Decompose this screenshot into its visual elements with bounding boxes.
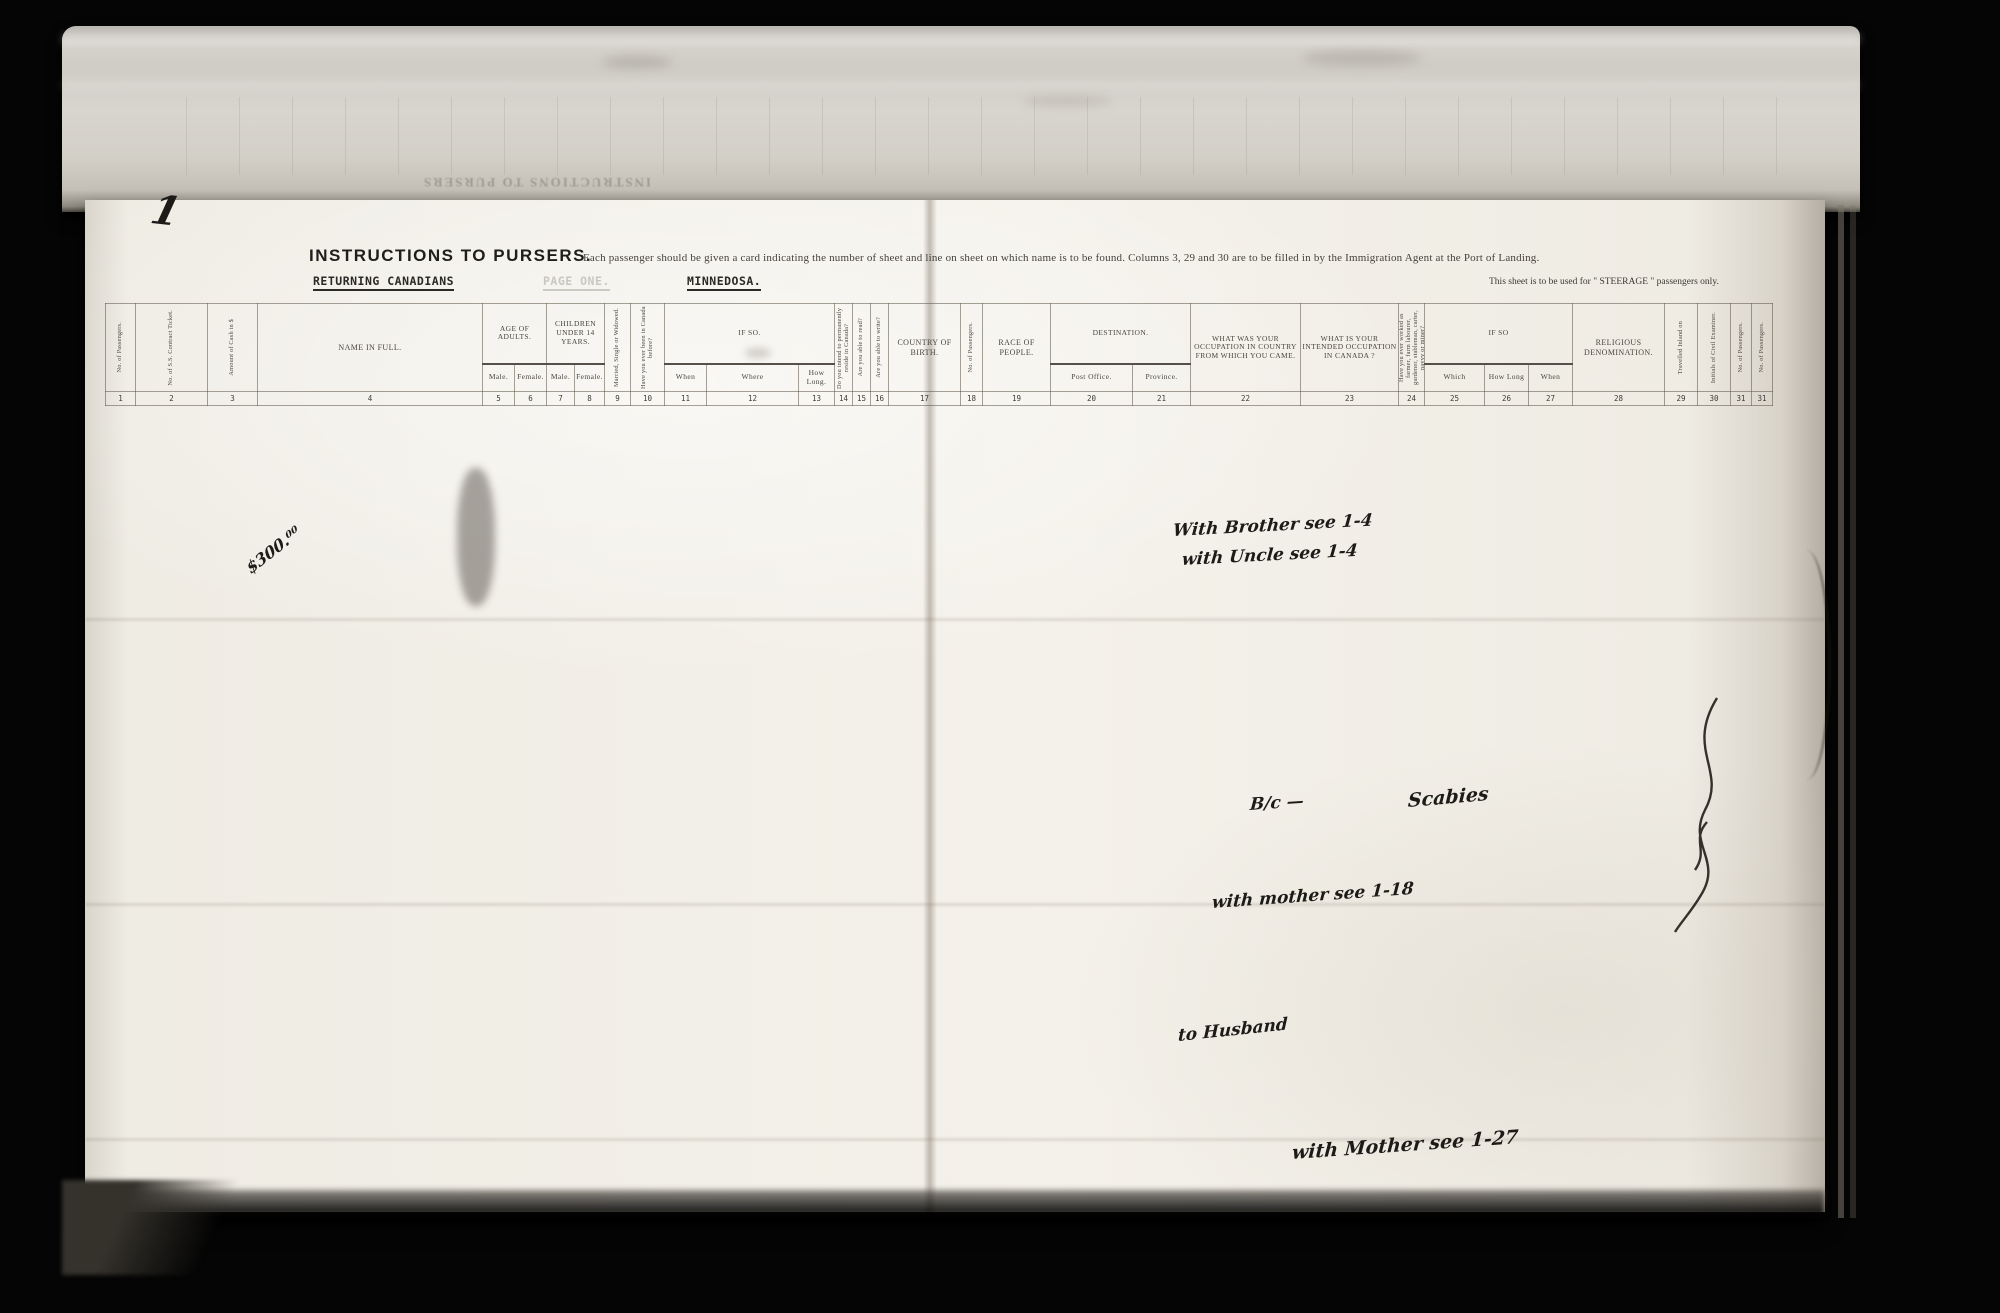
ink-stain xyxy=(457,468,495,606)
roll-highlight xyxy=(62,80,1860,90)
column-number: 16 xyxy=(871,392,889,406)
ghost-mirrored-title: INSTRUCTIONS TO PURSERS xyxy=(422,174,651,190)
roll-highlight xyxy=(62,34,1860,44)
bottom-corner-fold xyxy=(62,1180,272,1275)
column-number: 5 xyxy=(483,392,515,406)
col-passenger-no-r1: No. of Passengers. xyxy=(1738,322,1745,372)
col-passenger-no: No. of Passengers. xyxy=(117,322,124,372)
col-child-male: Male. xyxy=(547,364,575,392)
column-number: 13 xyxy=(799,392,835,406)
column-number: 29 xyxy=(1665,392,1698,406)
col-canada-before: Have you ever been in Canada before? xyxy=(641,306,655,390)
column-number: 31 xyxy=(1752,392,1773,406)
group-destination: DESTINATION. xyxy=(1051,304,1191,364)
passenger-manifest-table: No. of Passengers. No. of S.S. Contract … xyxy=(105,303,1773,406)
column-number: 22 xyxy=(1191,392,1301,406)
col-travelled-inland: Travelled Inland on xyxy=(1678,321,1685,374)
column-number: 3 xyxy=(208,392,258,406)
column-number: 1 xyxy=(106,392,136,406)
column-number: 12 xyxy=(707,392,799,406)
page-curl-mark xyxy=(1782,550,1831,780)
column-number: 17 xyxy=(889,392,961,406)
column-number: 6 xyxy=(515,392,547,406)
col-when-2: When xyxy=(1529,364,1573,392)
paper-crease xyxy=(85,1138,1825,1141)
returning-canadians-label: RETURNING CANADIANS xyxy=(313,274,454,291)
column-number: 9 xyxy=(605,392,631,406)
column-number: 14 xyxy=(835,392,853,406)
column-number: 7 xyxy=(547,392,575,406)
instructions-text: Each passenger should be given a card in… xyxy=(583,252,1539,264)
col-country-of-birth: COUNTRY OF BIRTH. xyxy=(889,304,961,392)
column-number: 23 xyxy=(1301,392,1399,406)
col-marital: Married, Single or Widowed. xyxy=(614,308,621,387)
column-number: 30 xyxy=(1698,392,1731,406)
col-worked-as: Have you ever worked as farmer, farm lab… xyxy=(1399,306,1425,390)
instructions-title: INSTRUCTIONS TO PURSERS. xyxy=(309,246,592,266)
group-age-of-adults: AGE OF ADULTS. xyxy=(483,304,547,364)
sheet-edge xyxy=(1850,205,1856,1218)
col-where-1: Where xyxy=(707,364,799,392)
col-cash: Amount of Cash in $ xyxy=(229,319,236,376)
scanned-manifest-page: INSTRUCTIONS TO PURSERS INSTRUCTIONS TO … xyxy=(0,0,2000,1313)
ghost-smudge xyxy=(602,56,672,68)
col-examiner-initials: Initials of Civil Examiner. xyxy=(1711,312,1718,383)
group-if-so-2: IF SO xyxy=(1425,304,1573,364)
group-children: CHILDREN UNDER 14 YEARS. xyxy=(547,304,605,364)
col-child-female: Female. xyxy=(575,364,605,392)
sheet-edge xyxy=(1838,205,1844,1218)
col-age-female: Female. xyxy=(515,364,547,392)
col-intend-reside: Do you intend to permanently reside in C… xyxy=(837,306,851,390)
col-how-long-2: How Long xyxy=(1485,364,1529,392)
paper-crease xyxy=(85,903,1825,906)
col-passenger-no-mid: No. of Passengers. xyxy=(968,322,975,372)
column-number: 25 xyxy=(1425,392,1485,406)
manifest-sheet: INSTRUCTIONS TO PURSERS. Each passenger … xyxy=(85,200,1825,1212)
column-number: 15 xyxy=(853,392,871,406)
ship-name-minnedosa: MINNEDOSA. xyxy=(687,274,761,291)
paper-crease xyxy=(85,618,1825,621)
column-number: 18 xyxy=(961,392,983,406)
table-header: No. of Passengers. No. of S.S. Contract … xyxy=(106,304,1773,406)
group-if-so-1: IF SO. xyxy=(665,304,835,364)
column-number: 10 xyxy=(631,392,665,406)
examiner-signature xyxy=(1665,690,1735,940)
col-post-office: Post Office. xyxy=(1051,364,1133,392)
column-number: 24 xyxy=(1399,392,1425,406)
col-able-read: Are you able to read? xyxy=(858,318,865,376)
column-number: 8 xyxy=(575,392,605,406)
column-number: 21 xyxy=(1133,392,1191,406)
col-ticket-no: No. of S.S. Contract Ticket. xyxy=(168,310,175,386)
column-numbers-row: 1234567891011121314151617181920212223242… xyxy=(106,392,1773,406)
ghost-smudge xyxy=(1022,96,1112,106)
col-when-1: When xyxy=(665,364,707,392)
col-how-long-1: How Long. xyxy=(799,364,835,392)
column-number: 2 xyxy=(136,392,208,406)
note-bc: B/c — xyxy=(1249,791,1304,815)
column-number: 26 xyxy=(1485,392,1529,406)
col-occupation-intended: WHAT IS YOUR INTENDED OCCUPATION IN CANA… xyxy=(1301,304,1399,392)
col-race: RACE OF PEOPLE. xyxy=(983,304,1051,392)
col-religion: RELIGIOUS DENOMINATION. xyxy=(1573,304,1665,392)
col-able-write: Are you able to write? xyxy=(876,317,883,378)
col-passenger-no-r2: No. of Passengers. xyxy=(1759,322,1766,372)
column-number: 27 xyxy=(1529,392,1573,406)
ghost-table-grid xyxy=(134,97,1806,175)
col-age-male: Male. xyxy=(483,364,515,392)
col-province: Province. xyxy=(1133,364,1191,392)
steerage-note: This sheet is to be used for " STEERAGE … xyxy=(1489,277,1719,287)
col-name: NAME IN FULL. xyxy=(258,304,483,392)
col-occupation-from: WHAT WAS YOUR OCCUPATION IN COUNTRY FROM… xyxy=(1191,304,1301,392)
column-number: 11 xyxy=(665,392,707,406)
column-number: 4 xyxy=(258,392,483,406)
column-number: 31 xyxy=(1731,392,1752,406)
col-which: Which xyxy=(1425,364,1485,392)
column-number: 19 xyxy=(983,392,1051,406)
column-number: 28 xyxy=(1573,392,1665,406)
page-one-stamp: PAGE ONE. xyxy=(543,274,610,291)
column-number: 20 xyxy=(1051,392,1133,406)
ghost-smudge xyxy=(1302,50,1422,66)
